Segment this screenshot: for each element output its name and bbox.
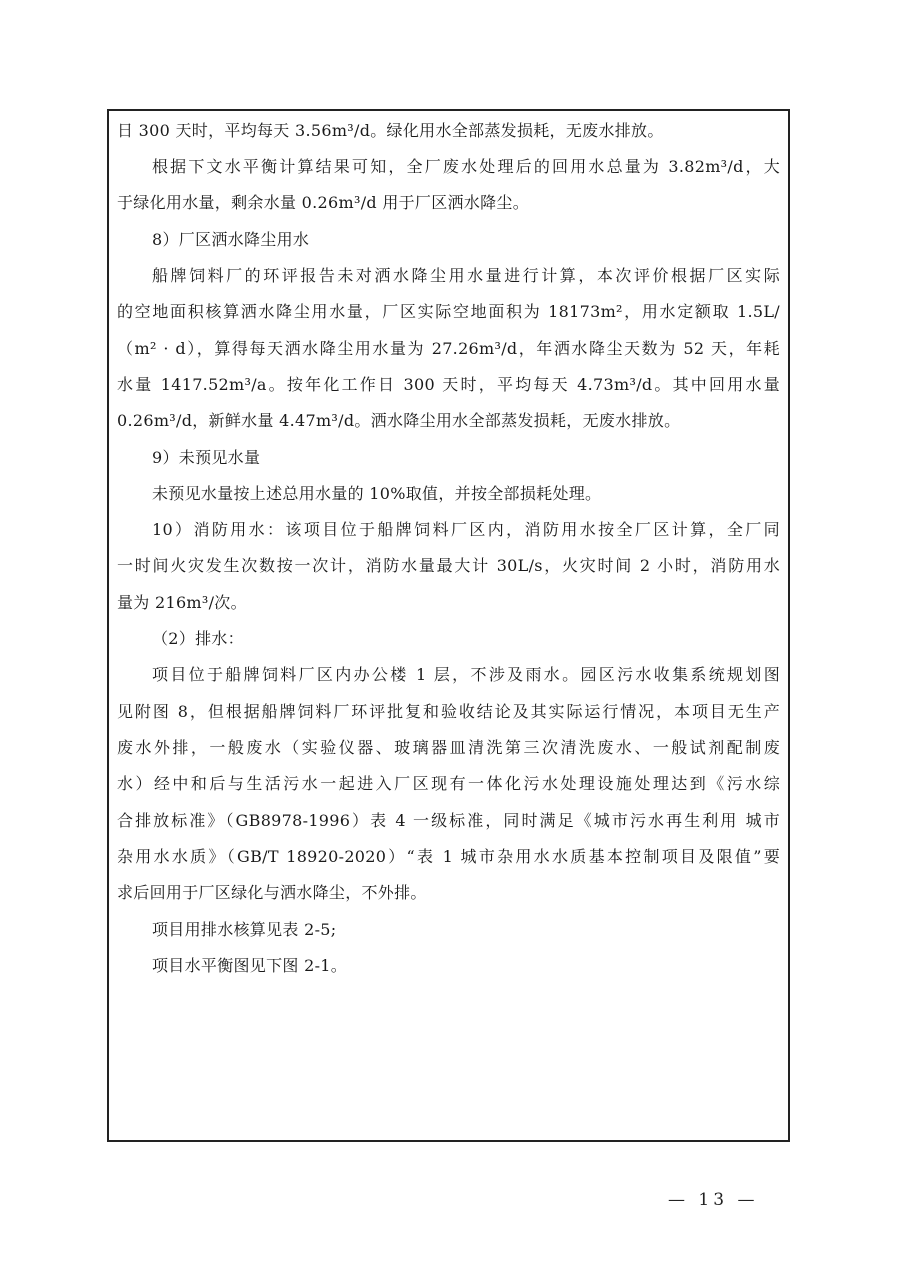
text-line: 见附图 8，但根据船牌饲料厂环评批复和验收结论及其实际运行情况，本项目无生产 xyxy=(117,702,780,722)
table-reference: 项目用排水核算见表 2-5; xyxy=(117,920,780,940)
text-line: 合排放标准》（GB8978-1996）表 4 一级标准，同时满足《城市污水再生利… xyxy=(117,811,780,831)
text-line: 未预见水量按上述总用水量的 10%取值，并按全部损耗处理。 xyxy=(117,484,780,504)
section-heading-drainage: （2）排水： xyxy=(117,629,780,649)
text-line: 0.26m³/d，新鲜水量 4.47m³/d。洒水降尘用水全部蒸发损耗，无废水排… xyxy=(117,411,780,431)
text-line: 船牌饲料厂的环评报告未对洒水降尘用水量进行计算，本次评价根据厂区实际 xyxy=(117,266,780,286)
section-heading-9: 9）未预见水量 xyxy=(117,448,780,468)
text-line: 量为 216m³/次。 xyxy=(117,593,780,613)
text-line: 的空地面积核算洒水降尘用水量，厂区实际空地面积为 18173m²，用水定额取 1… xyxy=(117,302,780,322)
text-line: 水量 1417.52m³/a。按年化工作日 300 天时，平均每天 4.73m³… xyxy=(117,375,780,395)
section-heading-10: 10）消防用水：该项目位于船牌饲料厂区内，消防用水按全厂区计算，全厂同 xyxy=(117,520,780,540)
text-line: （m² · d），算得每天洒水降尘用水量为 27.26m³/d，年洒水降尘天数为… xyxy=(117,339,780,359)
page-number: — 13 — xyxy=(668,1190,758,1210)
text-line: 水）经中和后与生活污水一起进入厂区现有一体化污水处理设施处理达到《污水综 xyxy=(117,774,780,794)
text-line: 于绿化用水量，剩余水量 0.26m³/d 用于厂区洒水降尘。 xyxy=(117,193,780,213)
text-line: 项目位于船牌饲料厂区内办公楼 1 层，不涉及雨水。园区污水收集系统规划图 xyxy=(117,665,780,685)
text-line: 求后回用于厂区绿化与洒水降尘，不外排。 xyxy=(117,883,780,903)
section-heading-8: 8）厂区洒水降尘用水 xyxy=(117,230,780,250)
text-line: 杂用水水质》（GB/T 18920-2020）“表 1 城市杂用水水质基本控制项… xyxy=(117,847,780,867)
text-line: 废水外排，一般废水（实验仪器、玻璃器皿清洗第三次清洗废水、一般试剂配制废 xyxy=(117,738,780,758)
text-line: 一时间火灾发生次数按一次计，消防水量最大计 30L/s，火灾时间 2 小时，消防… xyxy=(117,556,780,576)
text-line: 根据下文水平衡计算结果可知，全厂废水处理后的回用水总量为 3.82m³/d，大 xyxy=(117,157,780,177)
text-line: 日 300 天时，平均每天 3.56m³/d。绿化用水全部蒸发损耗，无废水排放。 xyxy=(117,121,780,141)
content-frame: 日 300 天时，平均每天 3.56m³/d。绿化用水全部蒸发损耗，无废水排放。… xyxy=(107,109,790,1142)
figure-reference: 项目水平衡图见下图 2-1。 xyxy=(117,956,780,976)
